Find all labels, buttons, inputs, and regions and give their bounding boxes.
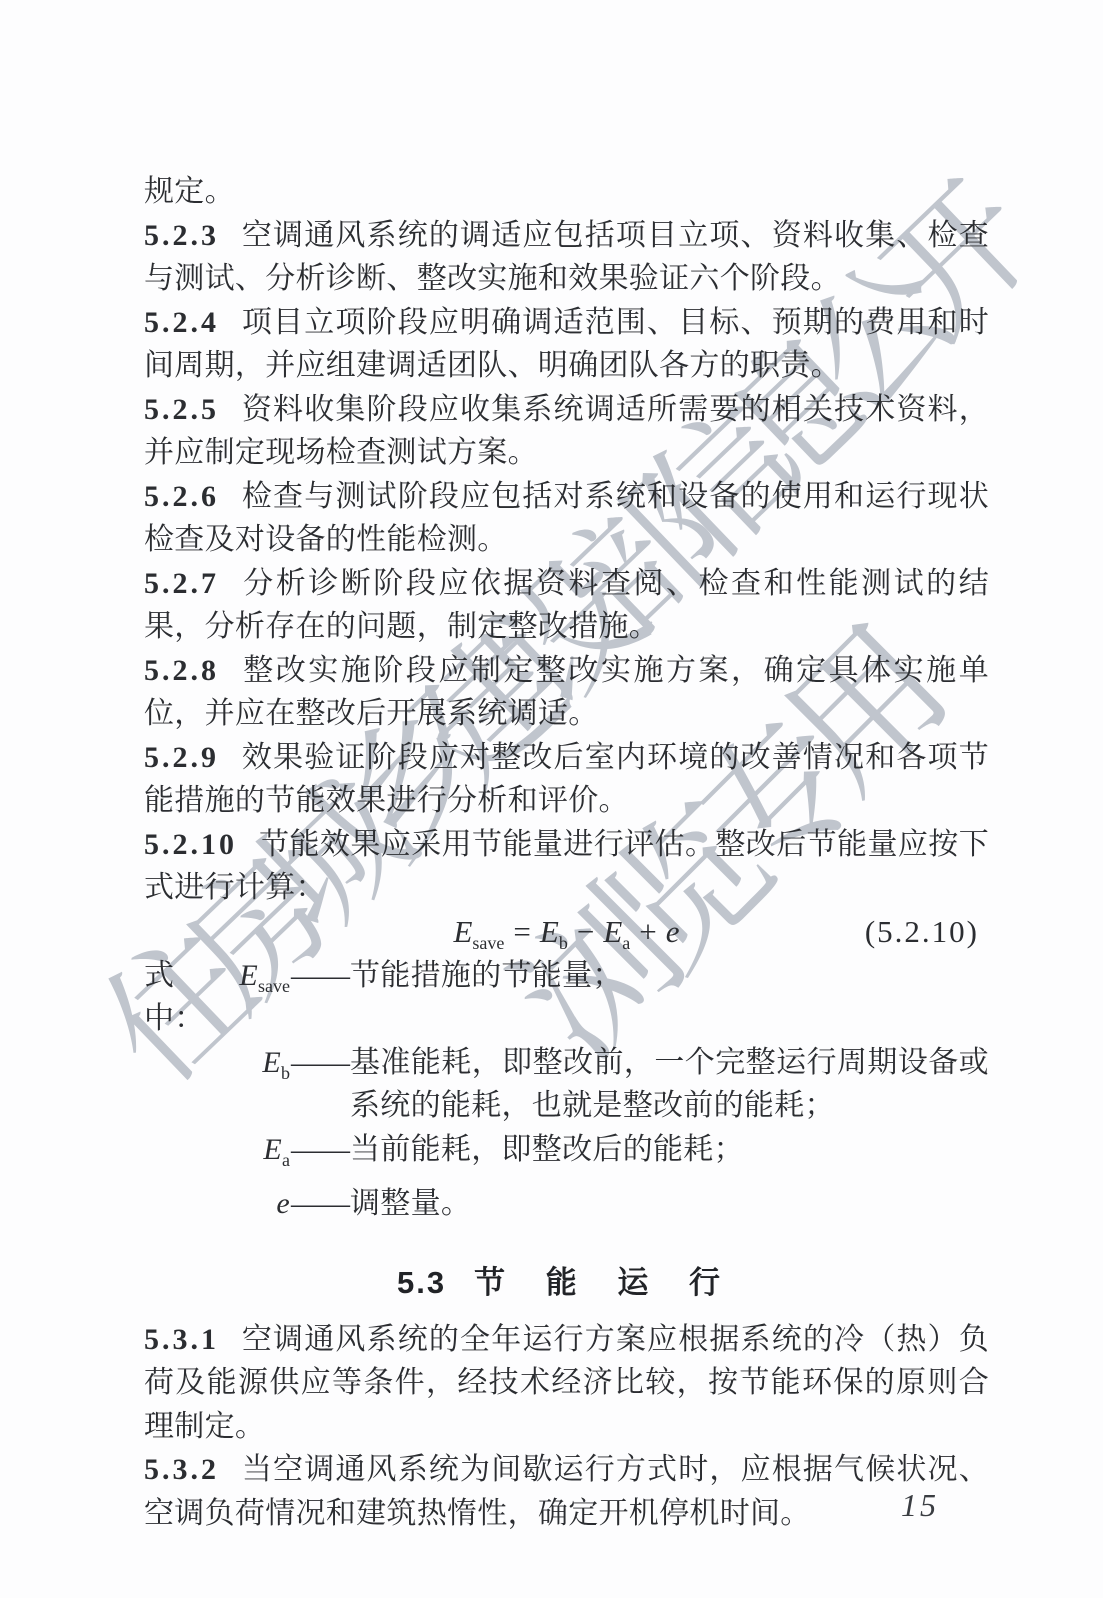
clause-number: 5.2.7 [144,567,219,600]
definition-dash: —— [290,1041,350,1085]
clause-5-2-4: 5.2.4项目立项阶段应明确调适范围、目标、预期的费用和时间周期，并应组建调适团… [144,301,989,388]
minus-sign: − [568,914,603,949]
clause-number: 5.2.5 [144,393,219,426]
clause-number: 5.2.9 [144,741,219,774]
page-content: 规定。 5.2.3空调通风系统的调适应包括项目立项、资料收集、检查与测试、分析诊… [144,170,989,1535]
clause-text: 效果验证阶段应对整改后室内环境的改善情况和各项节能措施的节能效果进行分析和评价。 [144,741,989,818]
clause-5-3-1: 5.3.1空调通风系统的全年运行方案应根据系统的冷（热）负荷及能源供应等条件，经… [144,1318,989,1449]
clause-text: 资料收集阶段应收集系统调适所需要的相关技术资料，并应制定现场检查测试方案。 [144,393,989,470]
definition-dash: —— [290,1182,350,1226]
clause-number: 5.3.1 [144,1323,219,1356]
plus-sign: + [630,914,665,949]
clause-number: 5.2.8 [144,654,219,687]
definition-text: 当前能耗，即整改后的能耗； [350,1128,989,1172]
definition-row: e —— 调整量。 [144,1182,989,1237]
symbol-base: e [276,1187,290,1220]
clause-number: 5.2.4 [144,306,219,339]
clause-5-2-7: 5.2.7分析诊断阶段应依据资料查阅、检查和性能测试的结果，分析存在的问题，制定… [144,562,989,649]
symbol: Ea [232,1128,290,1183]
clause-5-2-10: 5.2.10节能效果应采用节能量进行评估。整改后节能量应按下式进行计算： [144,823,989,910]
equals-sign: = [504,914,539,949]
clause-5-2-9: 5.2.9效果验证阶段应对整改后室内环境的改善情况和各项节能措施的节能效果进行分… [144,736,989,823]
paragraph-continuation: 规定。 [144,170,989,214]
clause-number: 5.2.3 [144,219,219,252]
symbol-subscript: b [281,1063,290,1083]
definition-text: 基准能耗，即整改前，一个完整运行周期设备或系统的能耗，也就是整改前的能耗； [350,1041,989,1128]
clause-number: 5.2.10 [144,828,237,861]
clause-text: 检查与测试阶段应包括对系统和设备的使用和运行现状检查及对设备的性能检测。 [144,480,989,557]
symbol-base: E [263,1133,282,1166]
equation-number: (5.2.10) [865,910,979,954]
clause-text: 规定。 [144,175,235,208]
clause-text: 空调通风系统的全年运行方案应根据系统的冷（热）负荷及能源供应等条件，经技术经济比… [144,1323,989,1443]
equation-subscript: save [472,933,504,953]
symbol: Eb [232,1041,290,1096]
equation-term: e [666,914,680,949]
clause-number: 5.3.2 [144,1453,219,1486]
clause-5-3-2: 5.3.2当空调通风系统为间歇运行方式时，应根据气候状况、空调负荷情况和建筑热惰… [144,1448,989,1535]
document-page: 住房城乡建设部信息公开 浏览专用 规定。 5.2.3空调通风系统的调适应包括项目… [0,0,1103,1598]
equation: Esave=Eb−Ea+e [144,910,989,965]
where-label: 式中： [144,954,232,1041]
definition-dash: —— [290,1128,350,1172]
section-number: 5.3 [397,1265,446,1300]
clause-text: 节能效果应采用节能量进行评估。整改后节能量应按下式进行计算： [144,828,989,905]
symbol-subscript: save [258,976,290,996]
equation-term: E [603,914,622,949]
section-header-5-3: 5.3节 能 运 行 [144,1261,989,1304]
clause-text: 空调通风系统的调适应包括项目立项、资料收集、检查与测试、分析诊断、整改实施和效果… [144,219,989,296]
clause-5-2-8: 5.2.8整改实施阶段应制定整改实施方案，确定具体实施单位，并应在整改后开展系统… [144,649,989,736]
clause-text: 整改实施阶段应制定整改实施方案，确定具体实施单位，并应在整改后开展系统调适。 [144,654,989,731]
definition-row: Ea —— 当前能耗，即整改后的能耗； [144,1128,989,1183]
definition-row: Eb —— 基准能耗，即整改前，一个完整运行周期设备或系统的能耗，也就是整改前的… [144,1041,989,1128]
equation-term: E [540,914,559,949]
definition-row: 式中： Esave —— 节能措施的节能量； [144,954,989,1041]
symbol-subscript: a [282,1150,290,1170]
symbol-definitions: 式中： Esave —— 节能措施的节能量； Eb —— 基准能耗，即整改前，一… [144,954,989,1237]
equation-term: E [453,914,472,949]
clause-5-2-6: 5.2.6检查与测试阶段应包括对系统和设备的使用和运行现状检查及对设备的性能检测… [144,475,989,562]
formula-5-2-10: Esave=Eb−Ea+e (5.2.10) [144,910,989,954]
section-title: 节 能 运 行 [474,1265,736,1300]
page-number: 15 [901,1487,939,1524]
symbol-base: E [262,1046,281,1079]
clause-number: 5.2.6 [144,480,219,513]
definition-text: 调整量。 [350,1182,989,1226]
clause-text: 分析诊断阶段应依据资料查阅、检查和性能测试的结果，分析存在的问题，制定整改措施。 [144,567,989,644]
clause-text: 当空调通风系统为间歇运行方式时，应根据气候状况、空调负荷情况和建筑热惰性，确定开… [144,1453,989,1530]
symbol: e [232,1182,290,1237]
clause-5-2-5: 5.2.5资料收集阶段应收集系统调适所需要的相关技术资料，并应制定现场检查测试方… [144,388,989,475]
clause-5-2-3: 5.2.3空调通风系统的调适应包括项目立项、资料收集、检查与测试、分析诊断、整改… [144,214,989,301]
clause-text: 项目立项阶段应明确调适范围、目标、预期的费用和时间周期，并应组建调适团队、明确团… [144,306,989,383]
equation-subscript: b [559,933,568,953]
